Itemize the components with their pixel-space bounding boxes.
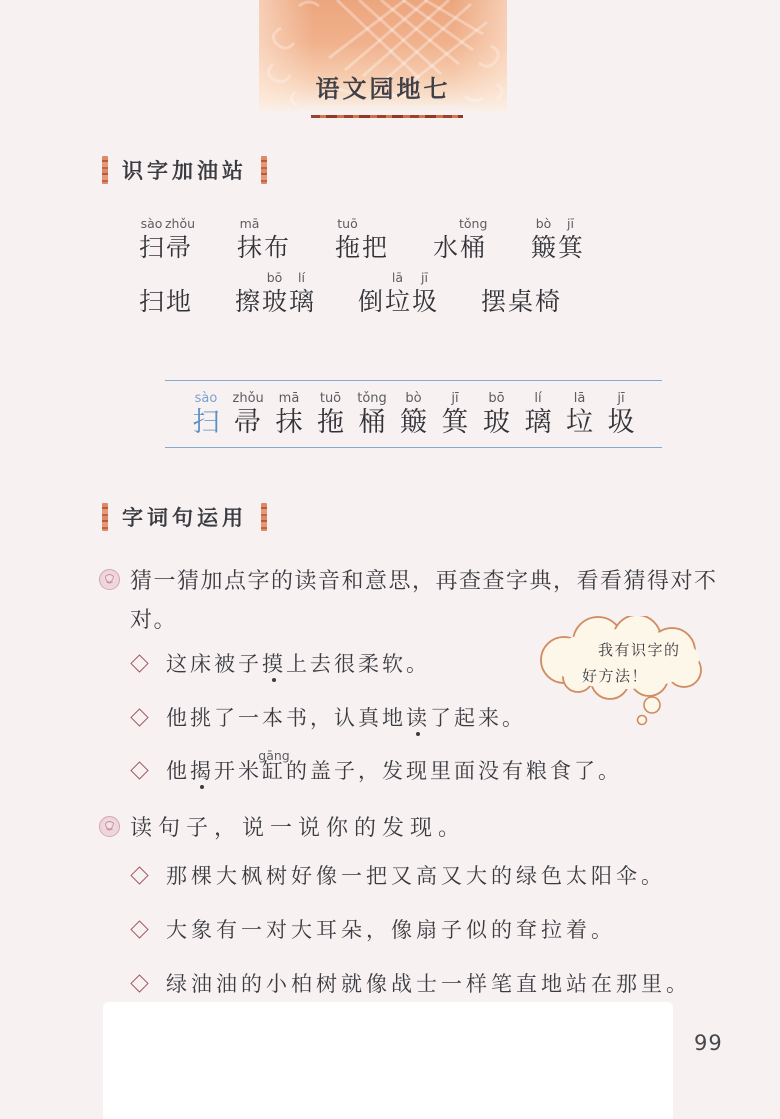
sentence-item: 大象有一对大耳朵，像扇子似的耷拉着。 [133,915,616,945]
word: mā抹布 [236,215,290,263]
word: lā垃 [565,390,595,439]
char-unit: jī圾 [606,390,636,439]
hanzi-char: 箕 [440,407,470,439]
word: sào扫zhǒu帚 [138,215,192,263]
pinyin-label: gāng [258,741,289,771]
char-unit: 扫 [138,269,165,317]
word: mā抹 [274,390,304,439]
hanzi-char: 布 [263,232,290,263]
word-row-1: sào扫zhǒu帚mā抹布tuō拖把水tǒng桶bò簸jī箕 [138,215,584,263]
character-guide-strip: sào扫zhǒu帚mā抹tuō拖tǒng桶bò簸jī箕bō玻lí璃lā垃jī圾 [165,380,662,448]
hanzi-char: 桶 [459,232,486,263]
hanzi-char: 摆 [480,286,507,317]
dotted-char: 读 [406,706,430,730]
char-unit: zhǒu帚 [233,390,263,439]
bottom-content-box [103,1002,673,1119]
pinyin-label [138,269,165,286]
thought-bubble: 我有识字的 好方法！ [536,616,712,728]
char-unit: 把 [361,215,388,263]
char-unit: lā垃 [565,390,595,439]
pinyin-label [357,269,384,286]
pinyin-label: jī [411,269,438,286]
word: bō玻 [482,390,512,439]
word: jī圾 [606,390,636,439]
sentence-segment: 的盖子，发现里面没有粮食了。 [286,759,622,783]
pinyin-label: jī [557,215,584,232]
pinyin-label [480,269,507,286]
word: lí璃 [523,390,553,439]
bubble-text-line1: 我有识字的 [598,639,681,660]
title-underline [311,115,463,118]
sentence-text: 那棵大枫树好像一把又高又大的绿色太阳伞。 [166,861,666,891]
sentence-text: 他挑了一本书，认真地读了起来。 [166,703,526,733]
hanzi-char: 拖 [334,232,361,263]
word: 扫地 [138,269,192,317]
pinyin-label: mā [274,390,304,407]
page-number: 99 [694,1031,723,1055]
pinyin-label [165,269,192,286]
char-unit: lí璃 [288,269,315,317]
seal-bullet-icon [99,569,120,590]
char-unit: jī圾 [411,269,438,317]
hanzi-char: 地 [165,286,192,317]
hanzi-char: 簸 [399,407,429,439]
char-unit: sào扫 [191,390,221,439]
word: tuō拖把 [334,215,388,263]
pinyin-label: zhǒu [233,390,263,407]
seal-bullet-icon [99,816,120,837]
pinyin-label: bò [530,215,557,232]
hanzi-char: 擦 [234,286,261,317]
sentence-segment: 他 [166,759,190,783]
accent-bar-icon [261,156,267,184]
char-unit: 椅 [534,269,561,317]
sentence-segment: 上去很柔软。 [286,652,430,676]
sentence-segment: 了起来。 [430,706,526,730]
char-unit: tǒng桶 [357,390,387,439]
hanzi-char: 把 [361,232,388,263]
char-unit: jī箕 [557,215,584,263]
sentence-text: 这床被子摸上去很柔软。 [166,649,430,679]
pinyin-label: sào [138,215,165,232]
word-row-2: 扫地擦bō玻lí璃倒lā垃jī圾摆桌椅 [138,269,561,317]
sentence-segment: 这床被子 [166,652,262,676]
pinyin-label: lā [384,269,411,286]
hanzi-char: 扫 [191,407,221,439]
section-header-literacy: 识字加油站 [102,155,267,185]
sentence-text: 大象有一对大耳朵，像扇子似的耷拉着。 [166,915,616,945]
hanzi-char: 扫 [138,232,165,263]
bubble-text-line2: 好方法！ [582,665,648,686]
char-unit: 桌 [507,269,534,317]
hanzi-char: 圾 [411,286,438,317]
char-unit: bò簸 [530,215,557,263]
diamond-bullet-icon [130,708,148,726]
hanzi-char: 箕 [557,232,584,263]
pinyin-label [432,215,459,232]
diamond-bullet-icon [130,761,148,779]
pinyin-label: lí [523,390,553,407]
pinyin-label: tuō [334,215,361,232]
word: zhǒu帚 [233,390,263,439]
pinyin-label [361,215,388,232]
section-title: 字词句运用 [122,502,247,532]
hanzi-char: 抹 [274,407,304,439]
section-title: 识字加油站 [122,155,247,185]
pinyin-label: bō [482,390,512,407]
char-unit: 倒 [357,269,384,317]
char-unit: 水 [432,215,459,263]
word: 倒lā垃jī圾 [357,269,438,317]
sentence-item: 他揭开米gāng缸的盖子，发现里面没有粮食了。 [133,756,622,786]
pinyin-label: tǒng [459,215,486,232]
page-title: 语文园地七 [259,69,507,104]
word: 擦bō玻lí璃 [234,269,315,317]
pinyin-label [234,269,261,286]
accent-bar-icon [261,503,267,531]
char-unit: lí璃 [523,390,553,439]
pinyin-label [263,215,290,232]
pinyin-label: jī [606,390,636,407]
hanzi-char: 璃 [288,286,315,317]
char-unit: bō玻 [482,390,512,439]
pinyin-label: jī [440,390,470,407]
ruby-char: gāng缸 [262,756,286,786]
pinyin-label: tǒng [357,390,387,407]
char-unit: 布 [263,215,290,263]
accent-bar-icon [102,156,108,184]
diamond-bullet-icon [130,974,148,992]
char-unit: tuō拖 [334,215,361,263]
pinyin-label: zhǒu [165,215,192,232]
dotted-char: 摸 [262,652,286,676]
hanzi-char: 垃 [384,286,411,317]
sentence-segment: 他挑了一本书，认真地 [166,706,406,730]
word: jī箕 [440,390,470,439]
hanzi-char: 水 [432,232,459,263]
char-unit: 摆 [480,269,507,317]
accent-bar-icon [102,503,108,531]
sentence-item: 这床被子摸上去很柔软。 [133,649,430,679]
pinyin-label: tuō [316,390,346,407]
word: tuō拖 [316,390,346,439]
header-banner: 语文园地七 [259,0,507,112]
sentence-item: 那棵大枫树好像一把又高又大的绿色太阳伞。 [133,861,666,891]
char-unit: tuō拖 [316,390,346,439]
diamond-bullet-icon [130,654,148,672]
char-unit: lā垃 [384,269,411,317]
char-unit: bō玻 [261,269,288,317]
pinyin-label: mā [236,215,263,232]
pinyin-label: sào [191,390,221,407]
hanzi-char: 拖 [316,407,346,439]
sentence-text: 他揭开米gāng缸的盖子，发现里面没有粮食了。 [166,756,622,786]
sentence-segment: 开米 [214,759,262,783]
hanzi-char: 圾 [606,407,636,439]
char-unit: mā抹 [274,390,304,439]
char-unit: tǒng桶 [459,215,486,263]
diamond-bullet-icon [130,866,148,884]
diamond-bullet-icon [130,920,148,938]
textbook-page: 语文园地七 识字加油站 sào扫zhǒu帚mā抹布tuō拖把水tǒng桶bò簸j… [0,0,780,1119]
hanzi-char: 玻 [261,286,288,317]
hanzi-char: 椅 [534,286,561,317]
char-unit: zhǒu帚 [165,215,192,263]
section-header-usage: 字词句运用 [102,502,267,532]
hanzi-char: 倒 [357,286,384,317]
char-unit: 擦 [234,269,261,317]
char-unit: bò簸 [399,390,429,439]
sentence-item: 绿油油的小柏树就像战士一样笔直地站在那里。 [133,969,691,999]
hanzi-char: 抹 [236,232,263,263]
word: bò簸jī箕 [530,215,584,263]
pinyin-label [507,269,534,286]
exercise2-prompt: 读句子，说一说你的发现。 [130,809,466,848]
hanzi-char: 簸 [530,232,557,263]
char-unit: jī箕 [440,390,470,439]
pinyin-label [534,269,561,286]
word: tǒng桶 [357,390,387,439]
hanzi-char: 璃 [523,407,553,439]
sentence-text: 绿油油的小柏树就像战士一样笔直地站在那里。 [166,969,691,999]
hanzi-char: 桶 [357,407,387,439]
hanzi-char: 扫 [138,286,165,317]
dotted-char: 揭 [190,759,214,783]
hanzi-char: 垃 [565,407,595,439]
sentence-item: 他挑了一本书，认真地读了起来。 [133,703,526,733]
pinyin-label: bō [261,269,288,286]
pinyin-label: lā [565,390,595,407]
hanzi-char: 桌 [507,286,534,317]
word: bò簸 [399,390,429,439]
hanzi-char: 帚 [233,407,263,439]
pinyin-label: lí [288,269,315,286]
word: 摆桌椅 [480,269,561,317]
char-unit: mā抹 [236,215,263,263]
hanzi-char: 帚 [165,232,192,263]
hanzi-char: 玻 [482,407,512,439]
char-unit: sào扫 [138,215,165,263]
word: sào扫 [191,390,221,439]
char-unit: 地 [165,269,192,317]
word: 水tǒng桶 [432,215,486,263]
pinyin-label: bò [399,390,429,407]
